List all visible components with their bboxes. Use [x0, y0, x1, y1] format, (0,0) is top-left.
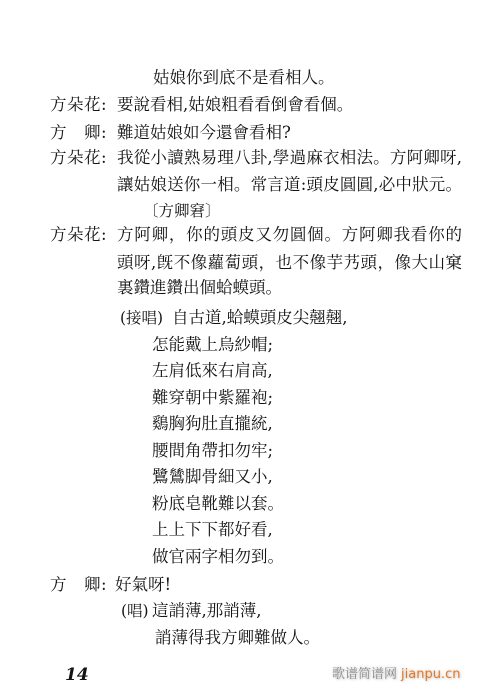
verse-line: 誚薄得我方卿難做人。 — [155, 628, 320, 648]
dialogue-line: 難道姑娘如今還會看相? — [117, 123, 291, 143]
continued-verse-line: 姑娘你到底不是看相人。 — [153, 68, 335, 88]
verse-line: 這誚薄,那誚薄, — [152, 601, 262, 621]
verse-line: 上上下下都好看, — [152, 520, 273, 540]
dialogue-line: 要說看相,姑娘粗看看倒會看個。 — [117, 95, 353, 115]
speaker-label: 方朵花: — [50, 95, 107, 115]
verse-line: 鷺鷥脚骨細又小, — [152, 467, 273, 487]
speaker-label: 方 卿: — [50, 123, 107, 143]
speaker-label: 方朵花: — [50, 225, 107, 245]
dialogue-line: 頭呀,旣不像蘿蔔頭，也不像芋艿頭，像大山窠 — [117, 253, 462, 273]
page-number: 14 — [65, 665, 89, 685]
dialogue-line: 讓姑娘送你一相。常言道:頭皮圓圓,必中狀元。 — [117, 175, 462, 195]
verse-line: 左肩低來右肩高, — [152, 361, 273, 381]
dialogue-line: 方阿卿，你的頭皮又勿圓個。方阿卿我看你的 — [117, 225, 462, 245]
speaker-label: 方朵花: — [50, 148, 107, 168]
verse-line: 腰間角帶扣勿牢; — [152, 441, 273, 461]
verse-line: 怎能戴上烏紗帽; — [152, 335, 273, 355]
sung-cue: (唱) — [121, 601, 149, 621]
speaker-label: 方 卿: — [50, 575, 107, 595]
verse-line: 難穿朝中紫羅袍; — [152, 388, 273, 408]
watermark: 歌谱简谱网jianpu.cn — [332, 666, 460, 684]
verse-line: 粉底皂靴難以套。 — [152, 494, 284, 514]
dialogue-line: 我從小讀熟易理八卦,學過麻衣相法。方阿卿呀, — [117, 148, 462, 168]
stage-direction: 〔方卿窘〕 — [143, 201, 221, 221]
sung-cue: (接唱) — [120, 308, 163, 328]
verse-line: 自古道,蛤蟆頭皮尖翹翹, — [172, 308, 348, 328]
dialogue-line: 裏鑽進鑽出個蛤蟆頭。 — [117, 278, 282, 298]
verse-line: 做官兩字相勿到。 — [152, 547, 284, 567]
verse-line: 鷄胸狗肚直攏統, — [152, 414, 273, 434]
dialogue-line: 好氣呀! — [115, 575, 171, 595]
watermark-site-name: 歌谱简谱网 — [332, 667, 397, 682]
watermark-domain: jianpu.cn — [401, 667, 460, 682]
